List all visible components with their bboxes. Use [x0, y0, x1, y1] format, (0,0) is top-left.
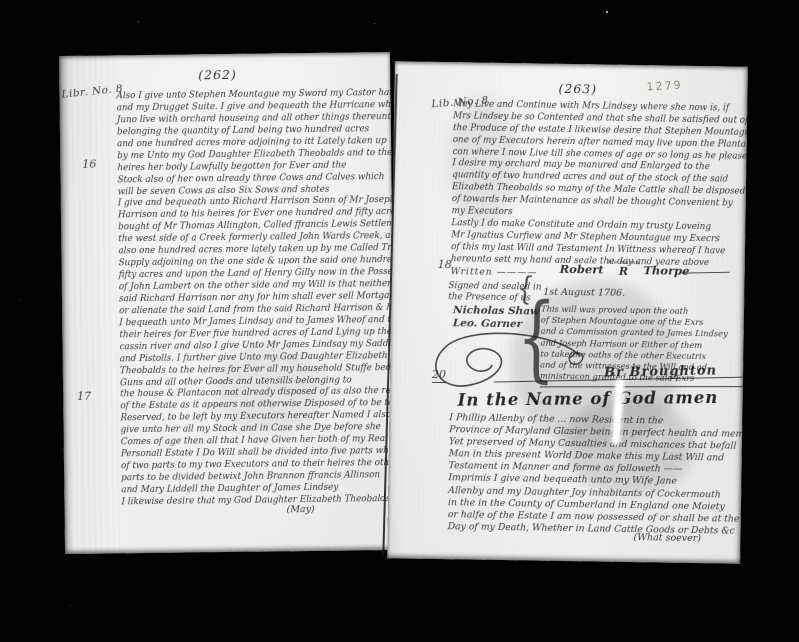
left-page-body: Also I give unto Stephen Mountague my Sw…	[116, 88, 393, 509]
margin-entry-number: 17	[77, 390, 91, 403]
signature-forename: Robert	[560, 262, 604, 277]
dust-speck	[138, 21, 139, 22]
catchword-right: (What soever)	[633, 532, 701, 544]
signature-surname: Thorpe	[643, 263, 689, 278]
manuscript-scan-viewport: (262) Libr. No. 8 16 17 Also I give unto…	[0, 0, 799, 642]
catchword-left: (May)	[286, 504, 314, 515]
margin-entry-number: 16	[82, 158, 96, 171]
signature-mark: his markeR	[608, 260, 640, 277]
second-will-body: I Phillip Allenby of the ... now Residen…	[448, 412, 740, 537]
dust-speck	[20, 300, 21, 301]
will-heading: In the Name of God amen	[458, 388, 719, 410]
testator-signature: Roberthis markeRThorpe	[560, 259, 690, 278]
scan-streaks	[59, 55, 123, 554]
dust-speck	[606, 11, 608, 13]
left-page: (262) Libr. No. 8 16 17 Also I give unto…	[59, 52, 396, 554]
signature-flourish	[682, 272, 730, 274]
dust-speck	[374, 23, 375, 24]
pencil-folio-number: 1279	[646, 79, 683, 94]
folio-number-left: (262)	[198, 67, 237, 82]
dust-speck	[70, 605, 71, 606]
manuscript-line: I likewise desire that my God Daughter E…	[121, 494, 393, 509]
right-page: (263) 1279 Lib. No. 8 18 20 May Live and…	[387, 61, 748, 563]
folio-number-right: (263)	[558, 81, 597, 97]
right-page-body: May Live and Continue with Mrs Lindsey w…	[451, 99, 740, 270]
